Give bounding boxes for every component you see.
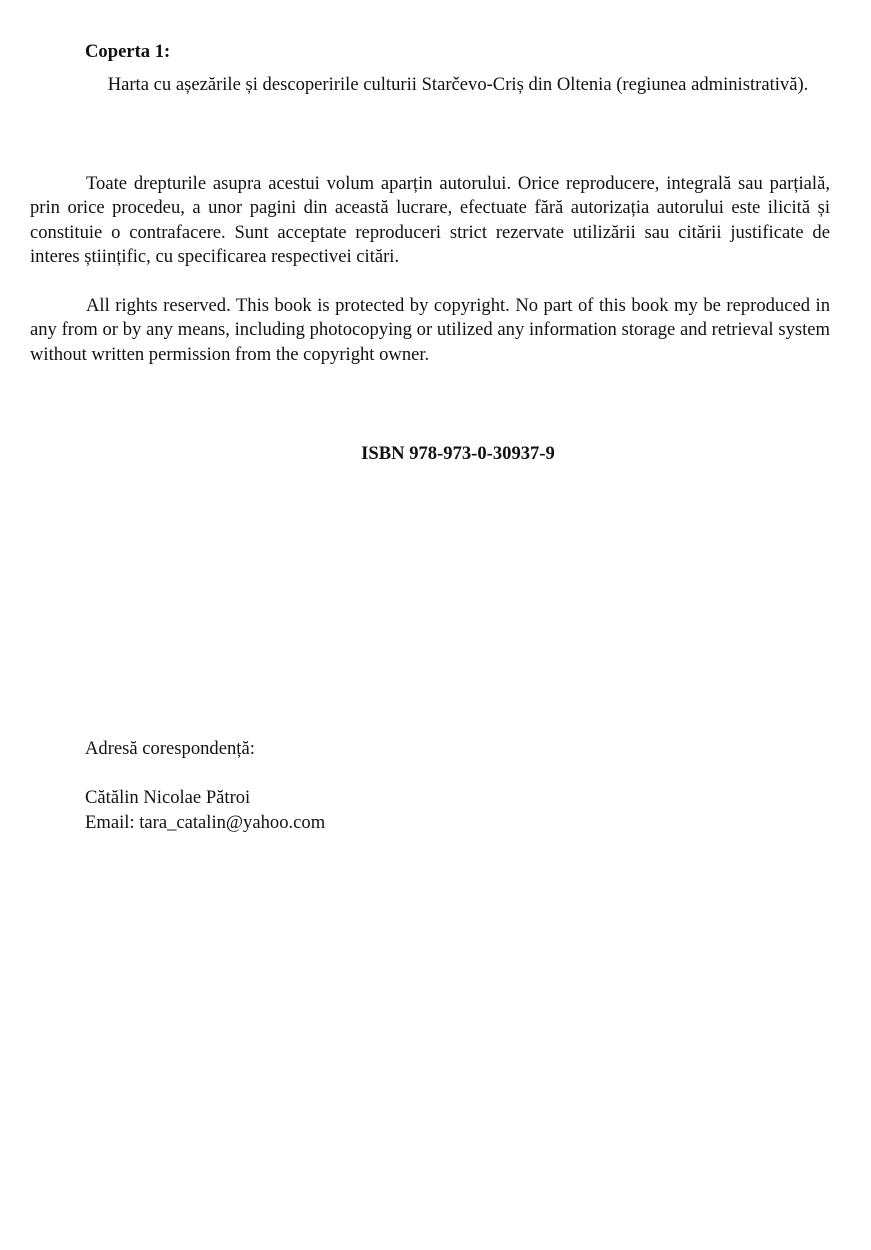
author-email: Email: tara_catalin@yahoo.com	[85, 811, 325, 835]
rights-paragraph-english: All rights reserved. This book is protec…	[30, 294, 830, 367]
rights-paragraph-romanian: Toate drepturile asupra acestui volum ap…	[30, 172, 830, 270]
cover-label: Coperta 1:	[85, 40, 170, 64]
isbn: ISBN 978-973-0-30937-9	[0, 442, 871, 466]
author-name: Cătălin Nicolae Pătroi	[85, 786, 250, 810]
cover-caption: Harta cu așezările și descoperirile cult…	[85, 73, 831, 98]
correspondence-label: Adresă corespondență:	[85, 737, 255, 761]
